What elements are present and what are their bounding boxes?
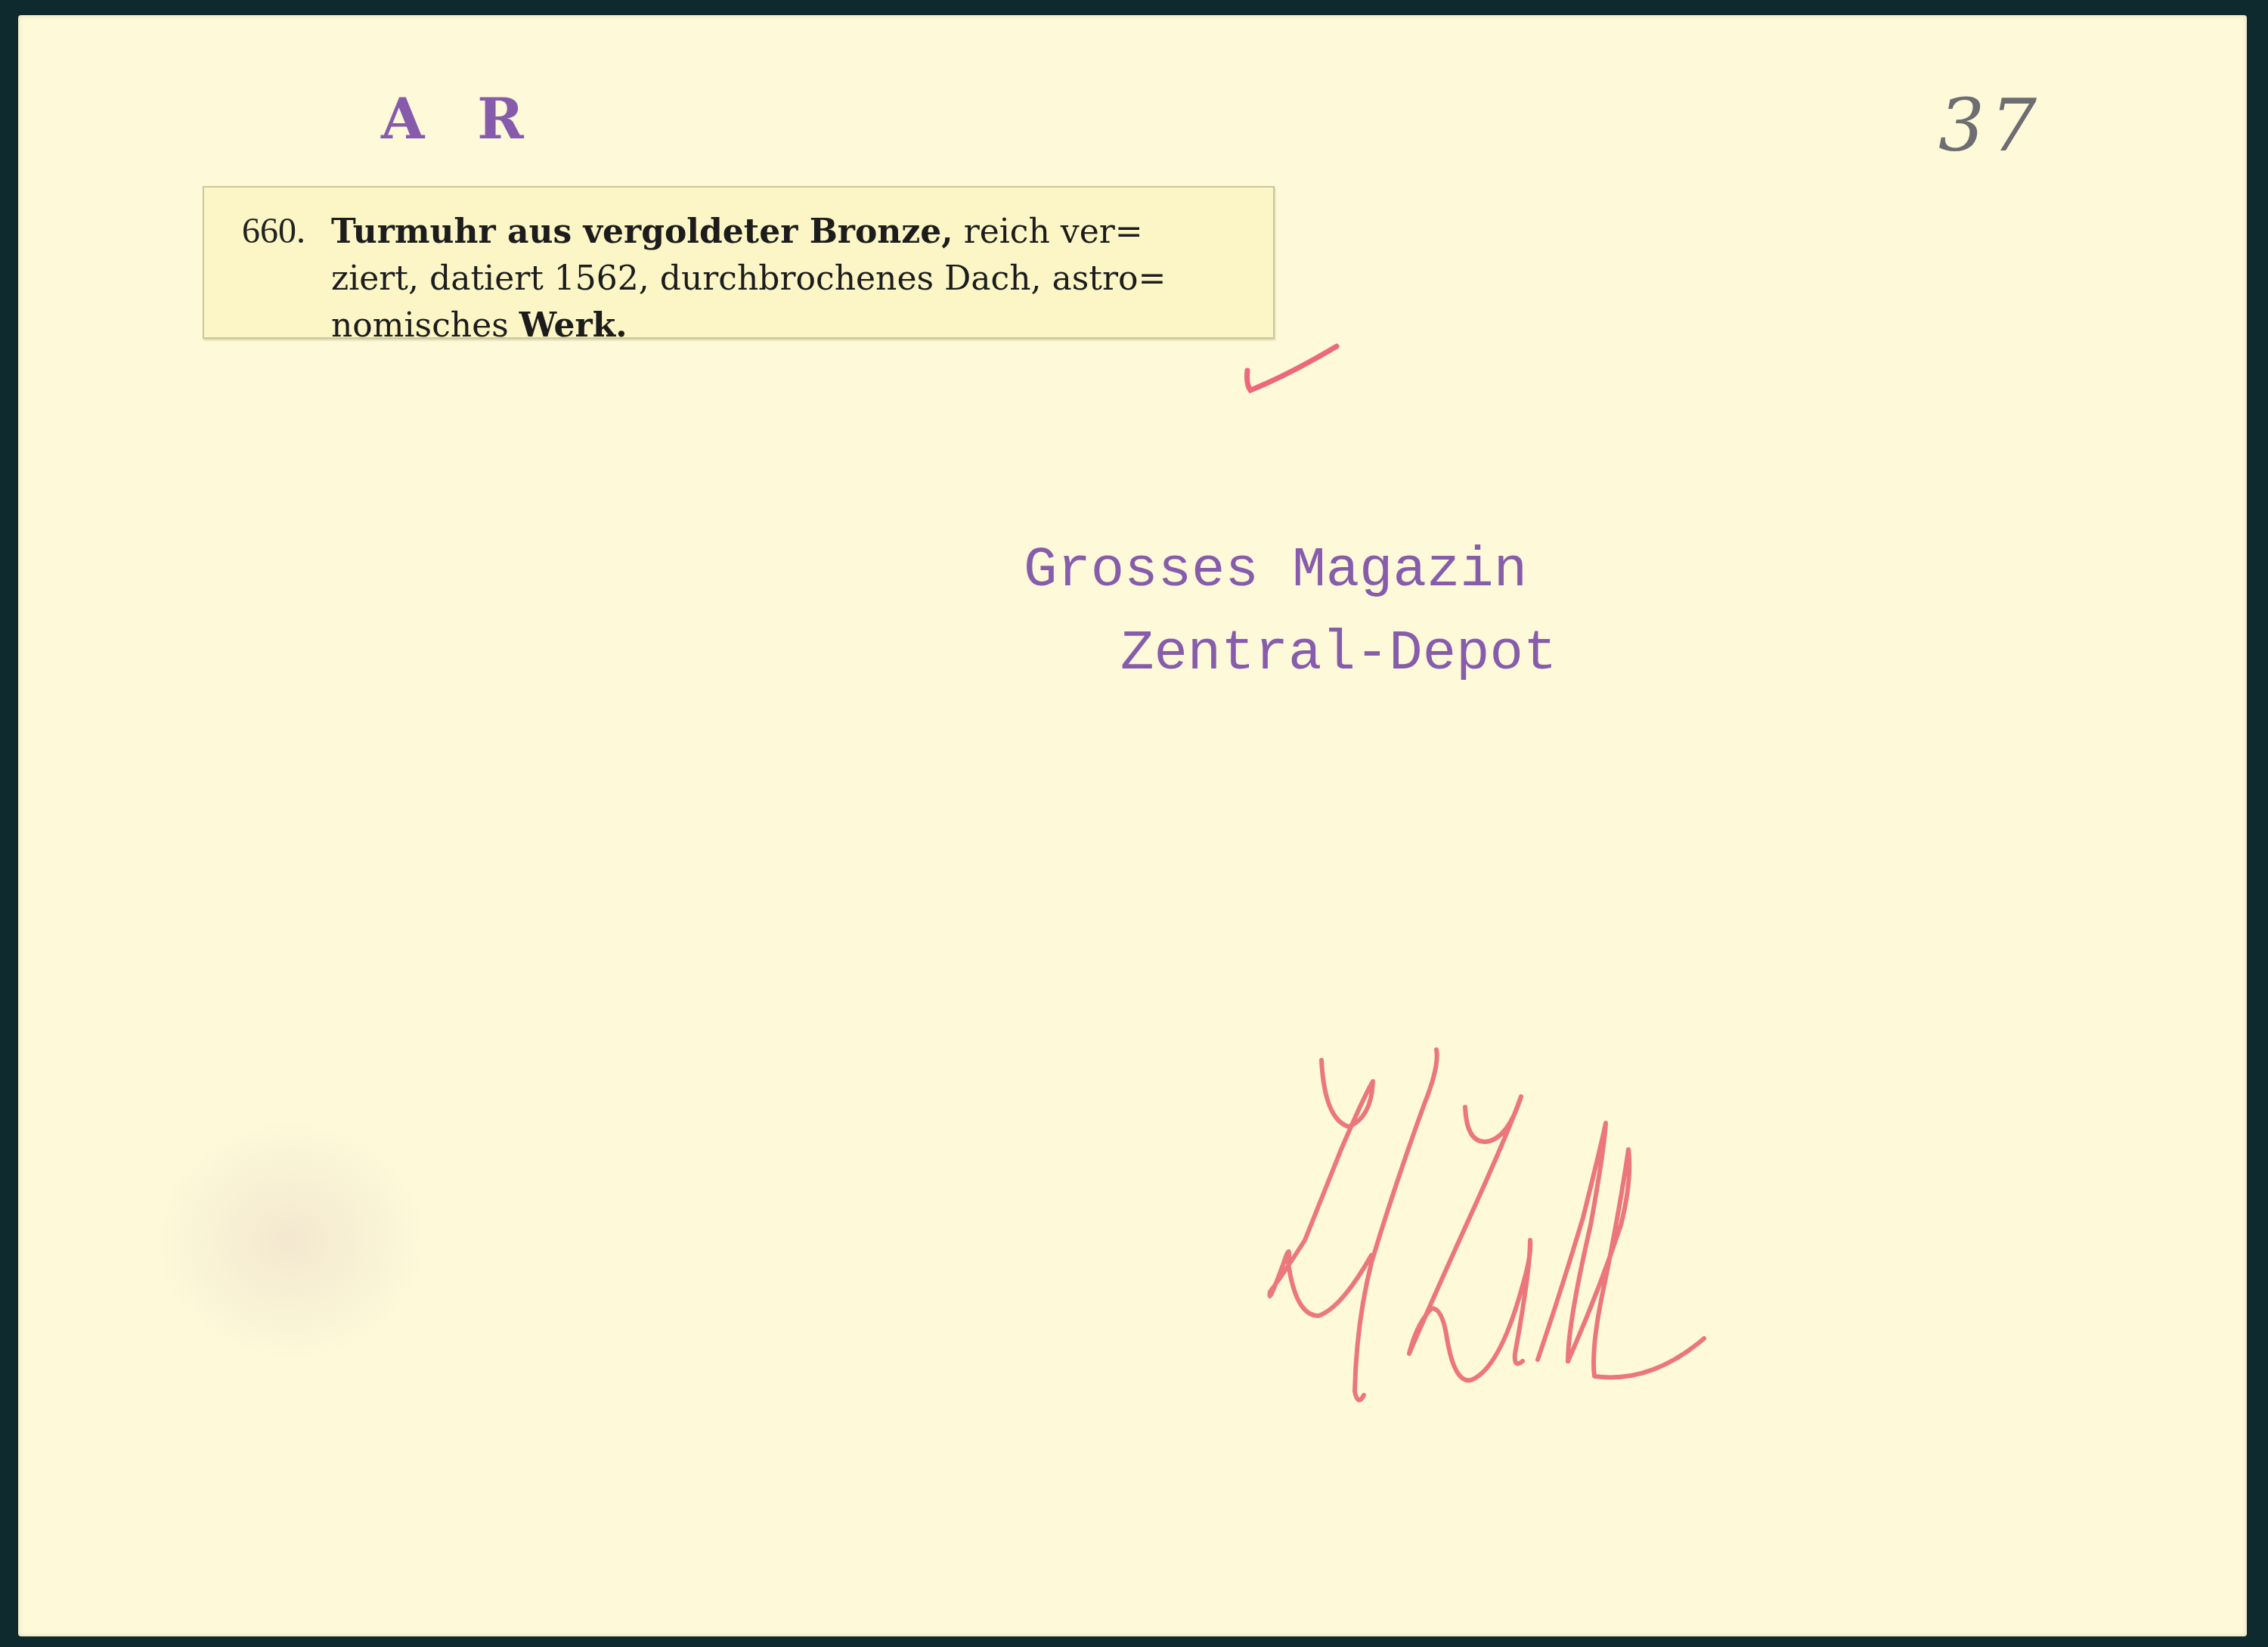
catalog-label-slip: 660. Turmuhr aus vergoldeter Bronze, rei… (203, 186, 1275, 339)
signature-icon (1258, 1036, 1999, 1429)
depot-stamp-line-2: Zentral-Depot (1024, 613, 1557, 696)
entry-description: Turmuhr aus vergoldeter Bronze, reich ve… (331, 209, 1223, 349)
handwritten-page-number: 37 (1938, 83, 2043, 168)
description-line-2: ziert, datiert 1562, durchbrochenes Dach… (331, 256, 1223, 302)
archival-card: A R 37 660. Turmuhr aus vergoldeter Bron… (18, 15, 2247, 1636)
depot-stamp: Grosses Magazin Zentral-Depot (1024, 529, 1557, 696)
description-line-3: nomisches Werk. (331, 302, 1223, 349)
entry-number: 660. (242, 210, 305, 252)
initials-stamp: A R (381, 87, 541, 152)
checkmark-icon (1243, 340, 1341, 401)
description-line-1: Turmuhr aus vergoldeter Bronze, reich ve… (331, 209, 1223, 256)
description-line-3-start: nomisches (331, 306, 519, 345)
entry-title: Turmuhr aus vergoldeter Bronze, (331, 212, 953, 251)
description-line-1-rest: reich ver= (953, 212, 1143, 251)
description-line-3-bold: Werk. (519, 306, 627, 345)
depot-stamp-line-1: Grosses Magazin (1024, 529, 1557, 613)
